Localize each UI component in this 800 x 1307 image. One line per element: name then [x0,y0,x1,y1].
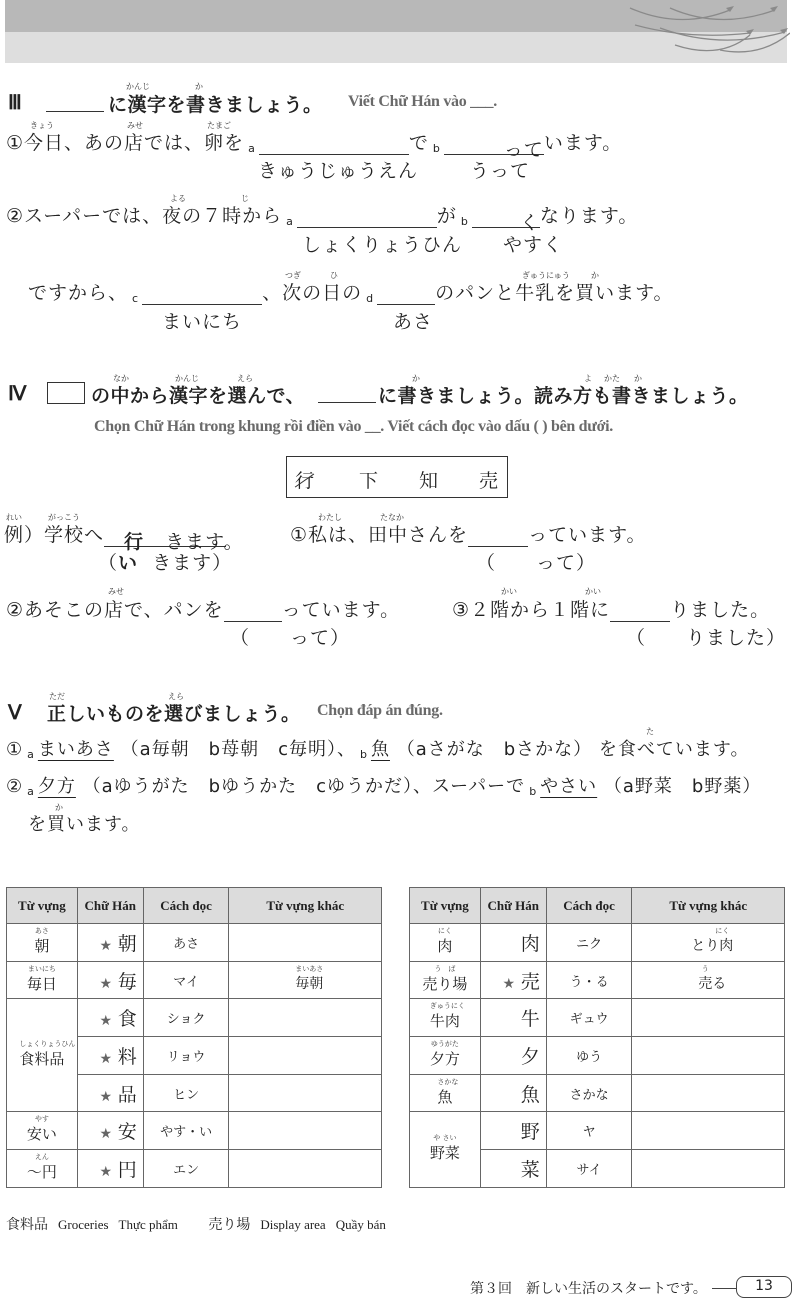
table-row: う ば売り場 ★売 う・る う売る [410,961,785,999]
glossary-jp: 食料品 [6,1217,48,1233]
glossary-jp: 売り場 [208,1217,250,1233]
kanji-cell: 牛 [480,999,546,1037]
reading-blank-4-3[interactable]: （ りました） [626,623,786,650]
ruby: う ば [422,964,467,974]
vocab-word: えん〜円 [7,1150,78,1188]
answer-options[interactable]: （aさがな bさかな） [397,739,592,760]
star-icon: ★ [94,1051,118,1067]
answer-blank-2b[interactable]: く [472,208,540,228]
reading-cell: サイ [546,1150,632,1188]
ruby: まいにち [27,964,57,974]
ruby: えん [27,1152,57,1162]
other-text: 毎朝 [295,976,323,992]
blank-label: a [27,748,35,761]
reading-cell: エン [143,1150,229,1188]
answer-options[interactable]: （aゆうがた bゆうかた cゆうかだ）、スーパーで [83,776,526,797]
other-vocab-cell: にくとり肉 [632,924,785,962]
vocab-word: やす安い [7,1112,78,1150]
kanji-text: 魚 [521,1084,540,1106]
question-number: ① [6,132,24,154]
table-row: さかな魚 魚 さかな [410,1074,785,1112]
other-vocab-cell [229,1150,382,1188]
kanji-cell: ★料 [77,1037,143,1075]
star-icon: ★ [497,976,521,992]
blank-label: c [132,292,139,305]
reading-blank-4-2[interactable]: （ って） [230,623,350,650]
word-text: 肉 [437,937,452,955]
kanji-text: 朝 [118,933,137,955]
question-number: ② [6,776,23,797]
kanji-cell: ★売 [480,961,546,999]
reading-cell: やす・い [143,1112,229,1150]
other-vocab-cell [632,999,785,1037]
section-4-numeral: Ⅳ [8,381,26,406]
vocab-word: しょくりょうひん食料品 [7,999,78,1112]
page-number: 13 [736,1276,792,1298]
kanji-text: 夕 [521,1046,540,1068]
table-row: えん〜円 ★円 エン [7,1150,382,1188]
other-vocab-cell: う売る [632,961,785,999]
glossary-en: Groceries [58,1217,109,1232]
table-row: あさ朝 ★朝 あさ [7,924,382,962]
question-text: が [437,205,457,227]
kanji-choice: 売 [479,466,498,493]
answer-blank-4-3[interactable] [610,602,670,622]
question-text: あそこの店で、パンを [24,599,224,621]
column-header: Từ vựng [7,888,78,924]
other-vocab-cell [632,1112,785,1150]
kanji-choice-used: 行 [295,466,314,493]
reading-cell: ヒン [143,1074,229,1112]
question-number: ③ [452,599,470,621]
vocab-word: う ば売り場 [410,961,481,999]
reading-cell: あさ [143,924,229,962]
kanji-text: 食 [118,1008,137,1030]
question-text: で [409,132,429,154]
section-3-numeral: Ⅲ [8,90,22,115]
column-header: Từ vựng khác [229,888,382,924]
other-vocab-cell [632,1074,785,1112]
section-3-question-1: ①今日、あの店では、卵をaでbっています。 [6,128,622,155]
vocab-table-right: Từ vựng Chữ Hán Cách đọc Từ vựng khác にく… [409,887,785,1188]
kanji-text: 肉 [521,933,540,955]
question-number: ② [6,599,24,621]
target-word: 魚 [371,739,390,760]
table-row: まいにち毎日 ★毎 マイ まいあさ毎朝 [7,961,382,999]
ruby: まいあさ [295,964,323,974]
other-vocab-cell [229,1074,382,1112]
reading-cell: リョウ [143,1037,229,1075]
kanji-cell: 夕 [480,1037,546,1075]
section-4-question-2: ②あそこの店で、パンをっています。 [6,595,400,622]
question-number: ① [290,524,308,546]
question-text: っています。 [528,524,646,546]
paren: （ [98,552,118,574]
section-3-instruction-vi: Viết Chữ Hán vào ___. [348,93,497,111]
vocab-word: さかな魚 [410,1074,481,1112]
section-3-instruction-jp: に漢字を書きましょう。 [108,90,323,117]
kanji-cell: 肉 [480,924,546,962]
kanji-choice-box: 行 下 知 売 [286,456,508,498]
other-vocab-cell [229,1037,382,1075]
reading-suffix: きます） [152,552,232,574]
star-icon: ★ [94,976,118,992]
vocab-word: まいにち毎日 [7,961,78,999]
blank-label: b [529,785,537,798]
other-text: 売る [698,976,726,992]
section-3-question-2: ②スーパーでは、夜の７時からaがbくなります。 [6,201,638,228]
question-text: 、次の日の [262,282,362,304]
instruction-blank-sample [46,92,104,112]
table-row: ぎゅうにく牛肉 牛 ギュウ [410,999,785,1037]
kanji-text: 品 [118,1084,137,1106]
blank-label: a [286,215,294,228]
question-text: を食べています。 [599,739,750,760]
other-vocab-cell [229,1112,382,1150]
reading-cell: ショク [143,999,229,1037]
target-word: 夕方 [38,776,76,797]
glossary-en: Display area [260,1217,325,1232]
star-icon: ★ [94,1089,118,1105]
other-vocab-cell [229,999,382,1037]
word-text: 魚 [437,1088,452,1106]
ruby: や さい [430,1133,460,1143]
question-number: ① [6,739,23,760]
footer-divider [712,1288,736,1289]
word-text: 毎日 [27,975,57,993]
section-4-question-3: ③２階から１階にりました。 [452,595,770,622]
reading-cell: マイ [143,961,229,999]
vocab-word: ゆうがた夕方 [410,1037,481,1075]
answer-blank-1a[interactable] [259,135,409,155]
hint-reading: うって [470,156,530,183]
table-header-row: Từ vựng Chữ Hán Cách đọc Từ vựng khác [410,888,785,924]
reading-cell: ヤ [546,1112,632,1150]
kanji-choice: 下 [359,466,378,493]
hint-reading: しょくりょうひん [302,230,462,257]
answer-blank-2a[interactable] [297,208,437,228]
reading-cell: う・る [546,961,632,999]
table-row: やす安い ★安 やす・い [7,1112,382,1150]
blank-label: a [27,785,35,798]
ruby: やす [27,1114,57,1124]
word-text: 夕方 [430,1050,460,1068]
section-4-instruction-jp-1: の中から漢字を選んで、 [91,381,305,408]
column-header: Từ vựng [410,888,481,924]
blank-label: d [366,292,374,305]
example-answer-blank: 行 きます。 [104,527,226,547]
section-5-numeral: Ⅴ [8,700,22,725]
word-text: 牛肉 [430,1012,460,1030]
star-icon: ★ [94,1126,118,1142]
kanji-text: 円 [118,1159,137,1181]
question-text: 私は、田中さんを [308,524,468,546]
answer-blank-4-1[interactable] [468,527,528,547]
section-4-example: 例）学校へ行 きます。 [4,520,226,547]
table-row: しょくりょうひん食料品 ★食 ショク [7,999,382,1037]
answer-options[interactable]: （a毎朝 b苺朝 c毎明）、 [121,739,356,760]
section-5-question-1: ①aまいあさ （a毎朝 b苺朝 c毎明）、b魚 （aさがな bさかな） を食べて… [6,735,749,761]
section-5-instruction-jp: 正しいものを選びましょう。 [47,699,301,726]
instruction-blank-sample [318,383,376,403]
ruby: にく [437,926,452,936]
hint-reading: まいにち [162,307,242,334]
example-reading-answer: い [118,552,138,574]
ruby: ぎゅうにく [430,1001,460,1011]
kanji-cell: 菜 [480,1150,546,1188]
answer-blank-2d[interactable] [377,285,435,305]
kanji-cell: 野 [480,1112,546,1150]
vocab-word: や さい野菜 [410,1112,481,1187]
other-vocab-cell: まいあさ毎朝 [229,961,382,999]
question-text: ２階から１階に [470,599,610,621]
question-text: なります。 [540,205,638,227]
reading-blank-4-1[interactable]: （ って） [476,548,596,575]
airplane-swoosh-icon [620,0,790,63]
section-4-instruction-vi: Chọn Chữ Hán trong khung rồi điền vào __… [94,418,613,436]
blank-label: b [360,748,368,761]
target-word: まいあさ [38,739,114,760]
other-vocab-cell [632,1150,785,1188]
blank-label: a [248,142,256,155]
answer-blank-4-2[interactable] [224,602,282,622]
ruby: ゆうがた [430,1039,460,1049]
kanji-text: 毎 [118,971,137,993]
column-header: Cách đọc [546,888,632,924]
blank-label: b [461,215,469,228]
vocab-table-left: Từ vựng Chữ Hán Cách đọc Từ vựng khác あさ… [6,887,382,1188]
column-header: Từ vựng khác [632,888,785,924]
other-text: とり肉 [691,938,733,954]
kanji-cell: ★安 [77,1112,143,1150]
other-vocab-cell [632,1037,785,1075]
column-header: Chữ Hán [77,888,143,924]
chapter-title: 第３回 新しい生活のスタートです。 [470,1278,707,1298]
kanji-cell: ★品 [77,1074,143,1112]
kanji-cell: ★円 [77,1150,143,1188]
answer-blank-2c[interactable] [142,285,262,305]
hint-reading: あさ [393,307,433,334]
reading-cell: ギュウ [546,999,632,1037]
kanji-text: 安 [118,1121,137,1143]
ruby: う [698,964,712,974]
question-text: のパンと牛乳を買います。 [435,282,673,304]
column-header: Chữ Hán [480,888,546,924]
table-row: にく肉 肉 ニク にくとり肉 [410,924,785,962]
glossary-vi: Thực phẩm [119,1217,178,1232]
word-text: 朝 [34,937,49,955]
star-icon: ★ [94,938,118,954]
hint-reading: やすく [503,230,563,257]
question-text: りました。 [670,599,770,621]
reading-cell: さかな [546,1074,632,1112]
question-text: ですから、 [28,282,128,304]
instruction-box-sample [47,382,85,404]
table-header-row: Từ vựng Chữ Hán Cách đọc Từ vựng khác [7,888,382,924]
table-row: ゆうがた夕方 夕 ゆう [410,1037,785,1075]
kanji-text: 売 [521,971,540,993]
ruby: さかな [437,1077,452,1087]
ruby: しょくりょうひん [19,1039,64,1049]
kanji-cell: ★食 [77,999,143,1037]
question-text: っています。 [282,599,400,621]
glossary-vi: Quầy bán [336,1217,386,1232]
kanji-text: 野 [521,1121,540,1143]
section-4-instruction-jp-2: に書きましょう。読み方も書きましょう。 [378,381,749,408]
vocab-word: ぎゅうにく牛肉 [410,999,481,1037]
kanji-text: 牛 [521,1008,540,1030]
word-text: 安い [27,1125,57,1143]
kanji-cell: ★朝 [77,924,143,962]
table-row: や さい野菜 野 ヤ [410,1112,785,1150]
question-text: を買います。 [28,810,141,836]
vocab-word: あさ朝 [7,924,78,962]
blank-label: b [433,142,441,155]
ruby: にく [715,926,733,936]
ruby: あさ [34,926,49,936]
example-reading: （い きます） [98,548,232,575]
kanji-cell: ★毎 [77,961,143,999]
section-4-question-1: ①私は、田中さんをっています。 [290,520,647,547]
kanji-cell: 魚 [480,1074,546,1112]
reading-cell: ニク [546,924,632,962]
question-text: スーパーでは、夜の７時から [24,205,282,227]
answer-blank-1b[interactable]: って [444,135,544,155]
kanji-choice: 知 [419,466,438,493]
word-text: 食料品 [19,1050,64,1068]
word-text: 売り場 [422,975,467,993]
kanji-text: 料 [118,1046,137,1068]
other-vocab-cell [229,924,382,962]
reading-cell: ゆう [546,1037,632,1075]
star-icon: ★ [94,1013,118,1029]
question-text: います。 [544,132,622,154]
kanji-text: 菜 [521,1159,540,1181]
vocab-word: にく肉 [410,924,481,962]
question-text: 今日、あの店では、卵を [24,132,244,154]
section-3-question-2-line-2: ですから、c、次の日のdのパンと牛乳を買います。 [28,278,674,305]
star-icon: ★ [94,1164,118,1180]
word-text: 野菜 [430,1144,460,1162]
question-number: ② [6,205,24,227]
hint-reading: きゅうじゅうえん [258,156,418,183]
section-5-question-2: ②a夕方 （aゆうがた bゆうかた cゆうかだ）、スーパーでbやさい （a野菜 … [6,772,761,798]
word-text: 〜円 [27,1163,57,1181]
column-header: Cách đọc [143,888,229,924]
glossary: 食料品GroceriesThực phẩm 売り場Display areaQuầ… [6,1214,386,1234]
example-label: 例）学校へ [4,524,104,546]
answer-options[interactable]: （a野菜 b野薬） [604,776,761,797]
target-word: やさい [540,776,597,797]
section-5-instruction-vi: Chọn đáp án đúng. [317,702,443,720]
